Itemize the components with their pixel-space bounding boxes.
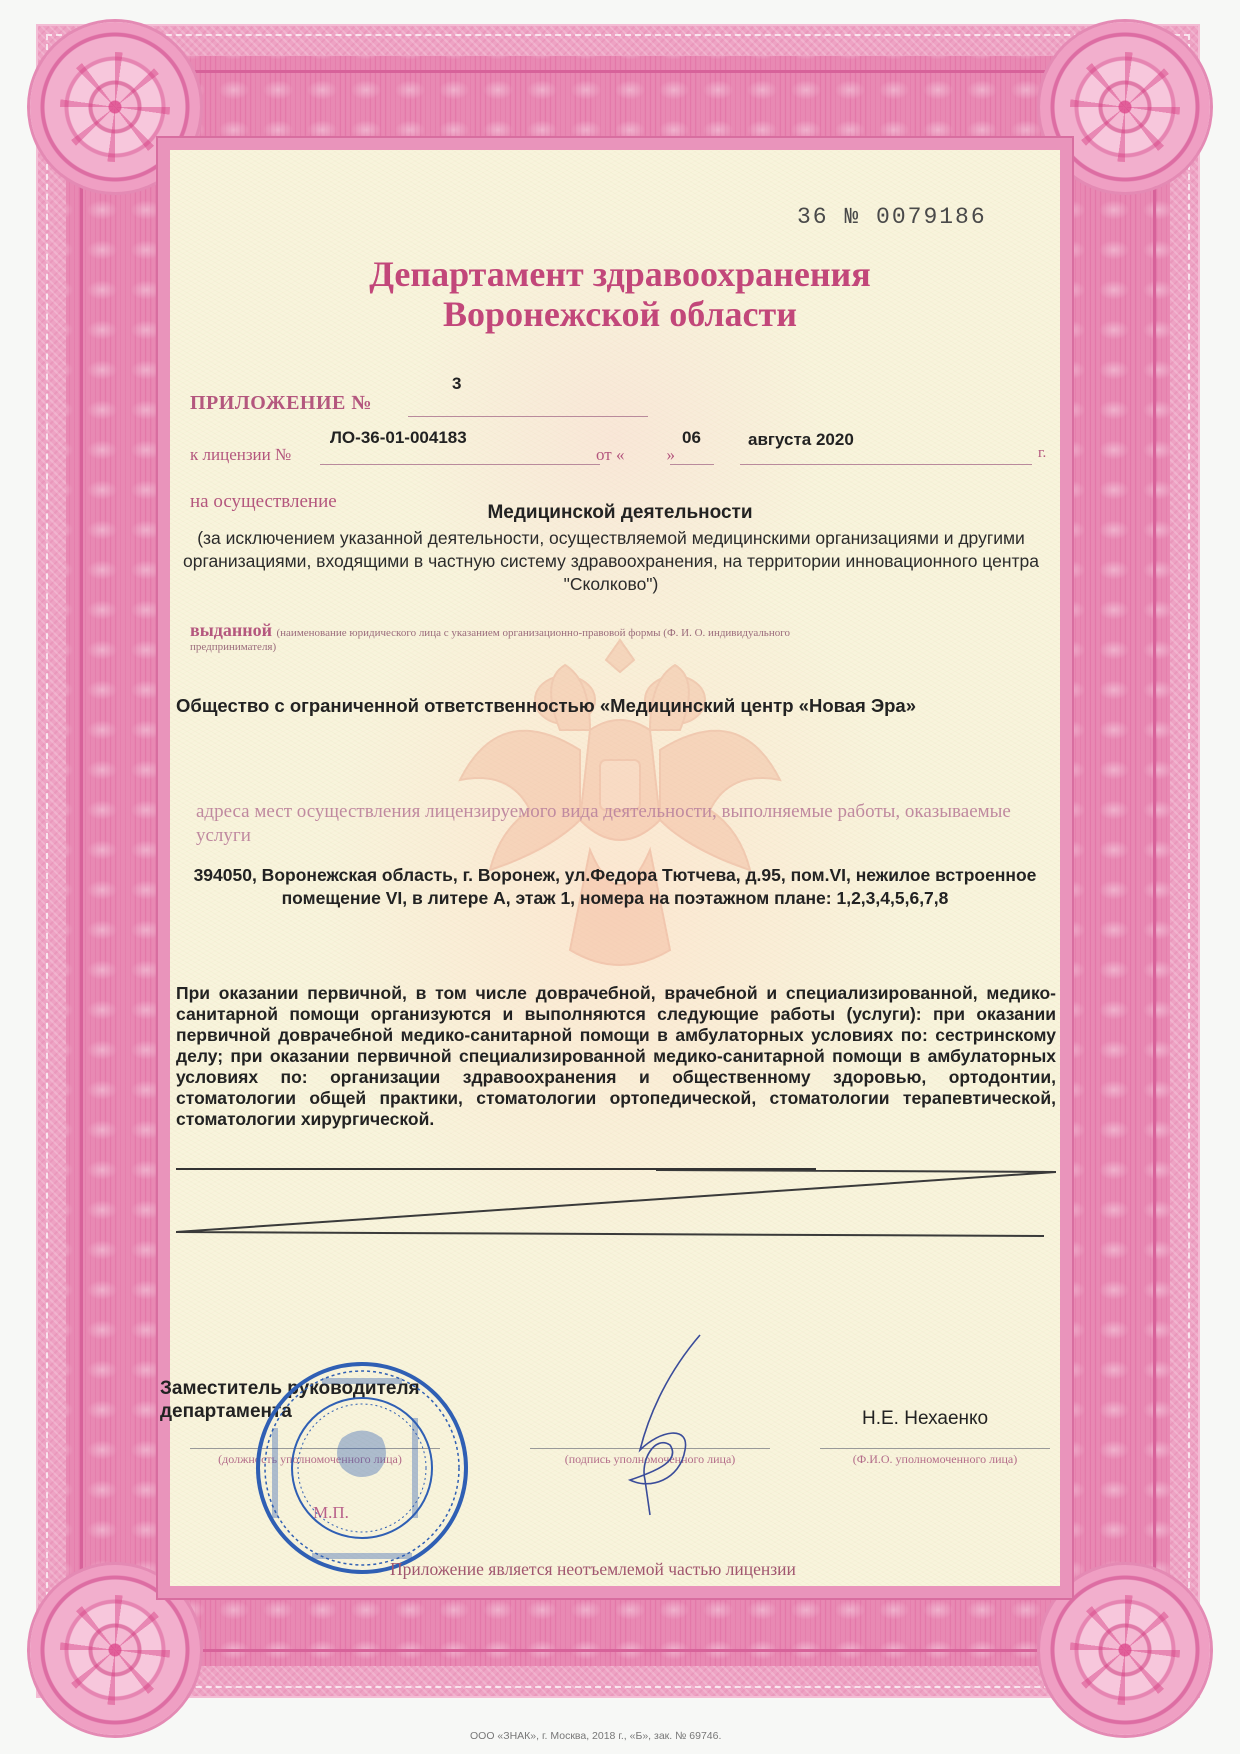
activity-name: Медицинской деятельности [200, 502, 1040, 524]
from-open: от « [596, 445, 624, 464]
issued-word: выданной [190, 620, 272, 640]
official-stamp-icon [252, 1358, 472, 1578]
serial-number-sign: № [844, 204, 860, 230]
issued-hint: (наименование юридического лица с указан… [277, 627, 790, 639]
address-label: адреса мест осуществления лицензируемого… [196, 800, 1056, 848]
form-serial-number: 36 № 0079186 [797, 204, 987, 230]
year-suffix: г. [1038, 445, 1046, 462]
license-from-label: от «» [596, 445, 675, 465]
issued-label: выданной (наименование юридического лица… [190, 620, 790, 641]
handwritten-signature-icon [600, 1330, 740, 1520]
month-underline [740, 464, 1032, 465]
name-underline [820, 1448, 1050, 1449]
appendix-underline [408, 416, 648, 417]
activity-note: (за исключением указанной деятельности, … [166, 527, 1056, 596]
serial-region: 36 [797, 204, 829, 230]
serial-number: 0079186 [876, 204, 987, 230]
appendix-number: 3 [452, 374, 461, 394]
license-month-year: августа 2020 [748, 430, 854, 450]
issuer-title-line2: Воронежской области [270, 294, 970, 334]
license-number-underline [320, 464, 600, 465]
day-underline [670, 464, 714, 465]
appendix-footer-note: Приложение является неотъемлемой частью … [390, 1559, 796, 1580]
issued-hint-continued: предпринимателя) [190, 641, 276, 653]
appendix-label: ПРИЛОЖЕНИЕ № [190, 392, 372, 415]
works-services-text: При оказании первичной, в том числе довр… [176, 983, 1056, 1130]
organization-name: Общество с ограниченной ответственностью… [176, 695, 916, 717]
license-day: 06 [682, 428, 701, 448]
cancel-z-line [176, 1170, 1056, 1240]
from-close: » [666, 445, 675, 464]
signer-name: Н.Е. Нехаенко [862, 1408, 988, 1430]
license-label: к лицензии № [190, 445, 291, 465]
printer-imprint: ООО «ЗНАК», г. Москва, 2018 г., «Б», зак… [470, 1730, 721, 1742]
address-value: 394050, Воронежская область, г. Воронеж,… [170, 864, 1060, 910]
issuer-title-line1: Департамент здравоохранения [270, 254, 970, 294]
hint-name: (Ф.И.О. уполномоченного лица) [820, 1452, 1050, 1467]
license-number: ЛО-36-01-004183 [330, 428, 467, 448]
